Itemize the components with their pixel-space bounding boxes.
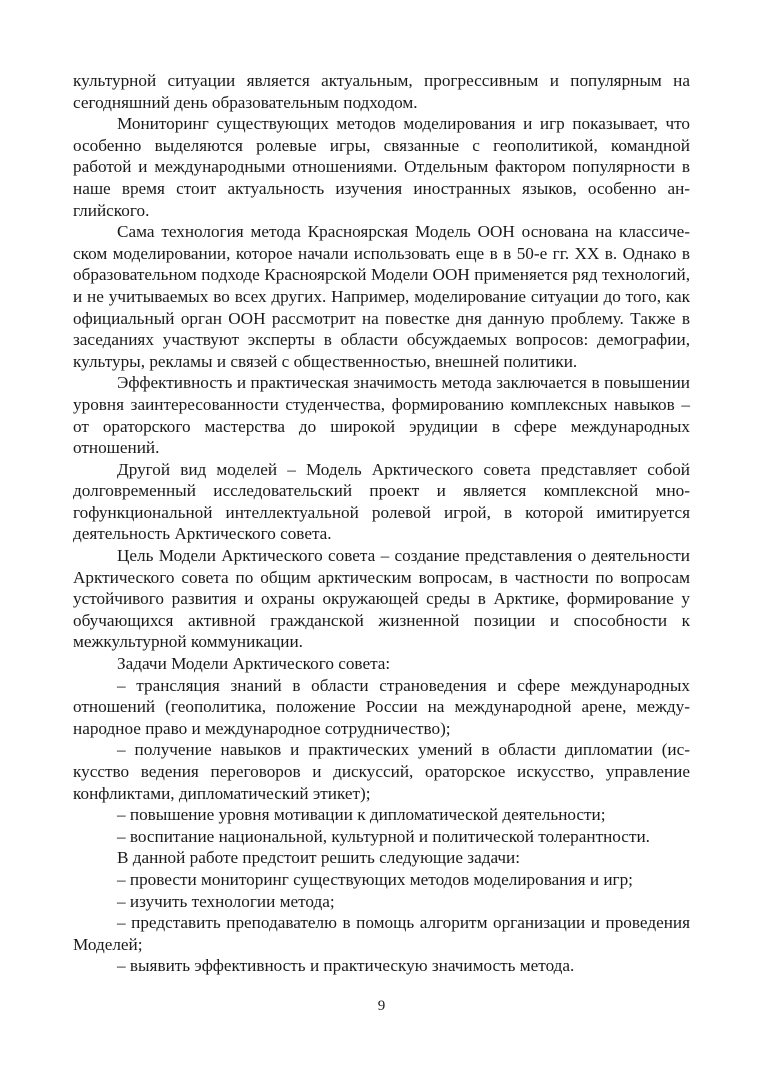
list-item: – трансляция знаний в области страноведе… [73, 675, 690, 740]
list-item: – повышение уровня мотивации к дипломати… [73, 804, 690, 826]
list-item: – провести мониторинг существующих метод… [73, 869, 690, 891]
list-item: – изучить технологии метода; [73, 891, 690, 913]
paragraph-continuation: культурной ситуации является актуальным,… [73, 70, 690, 113]
list-item: – представить преподавателю в помощь алг… [73, 912, 690, 955]
paragraph-work-tasks-heading: В данной работе предстоит решить следующ… [73, 847, 690, 869]
paragraph-monitoring: Мониторинг существующих методов моделиро… [73, 113, 690, 221]
list-item: – выявить эффективность и практическую з… [73, 955, 690, 977]
paragraph-arctic-model: Другой вид моделей – Модель Арктического… [73, 459, 690, 545]
paragraph-technology: Сама технология метода Красноярская Моде… [73, 221, 690, 372]
page-number: 9 [0, 998, 763, 1015]
list-item: – получение навыков и практических умени… [73, 739, 690, 804]
list-item: – воспитание национальной, культурной и … [73, 826, 690, 848]
paragraph-arctic-goal: Цель Модели Арктического совета – создан… [73, 545, 690, 653]
document-page-body: культурной ситуации является актуальным,… [73, 70, 690, 977]
paragraph-tasks-heading: Задачи Модели Арктического совета: [73, 653, 690, 675]
paragraph-effectiveness: Эффективность и практическая значимость … [73, 372, 690, 458]
